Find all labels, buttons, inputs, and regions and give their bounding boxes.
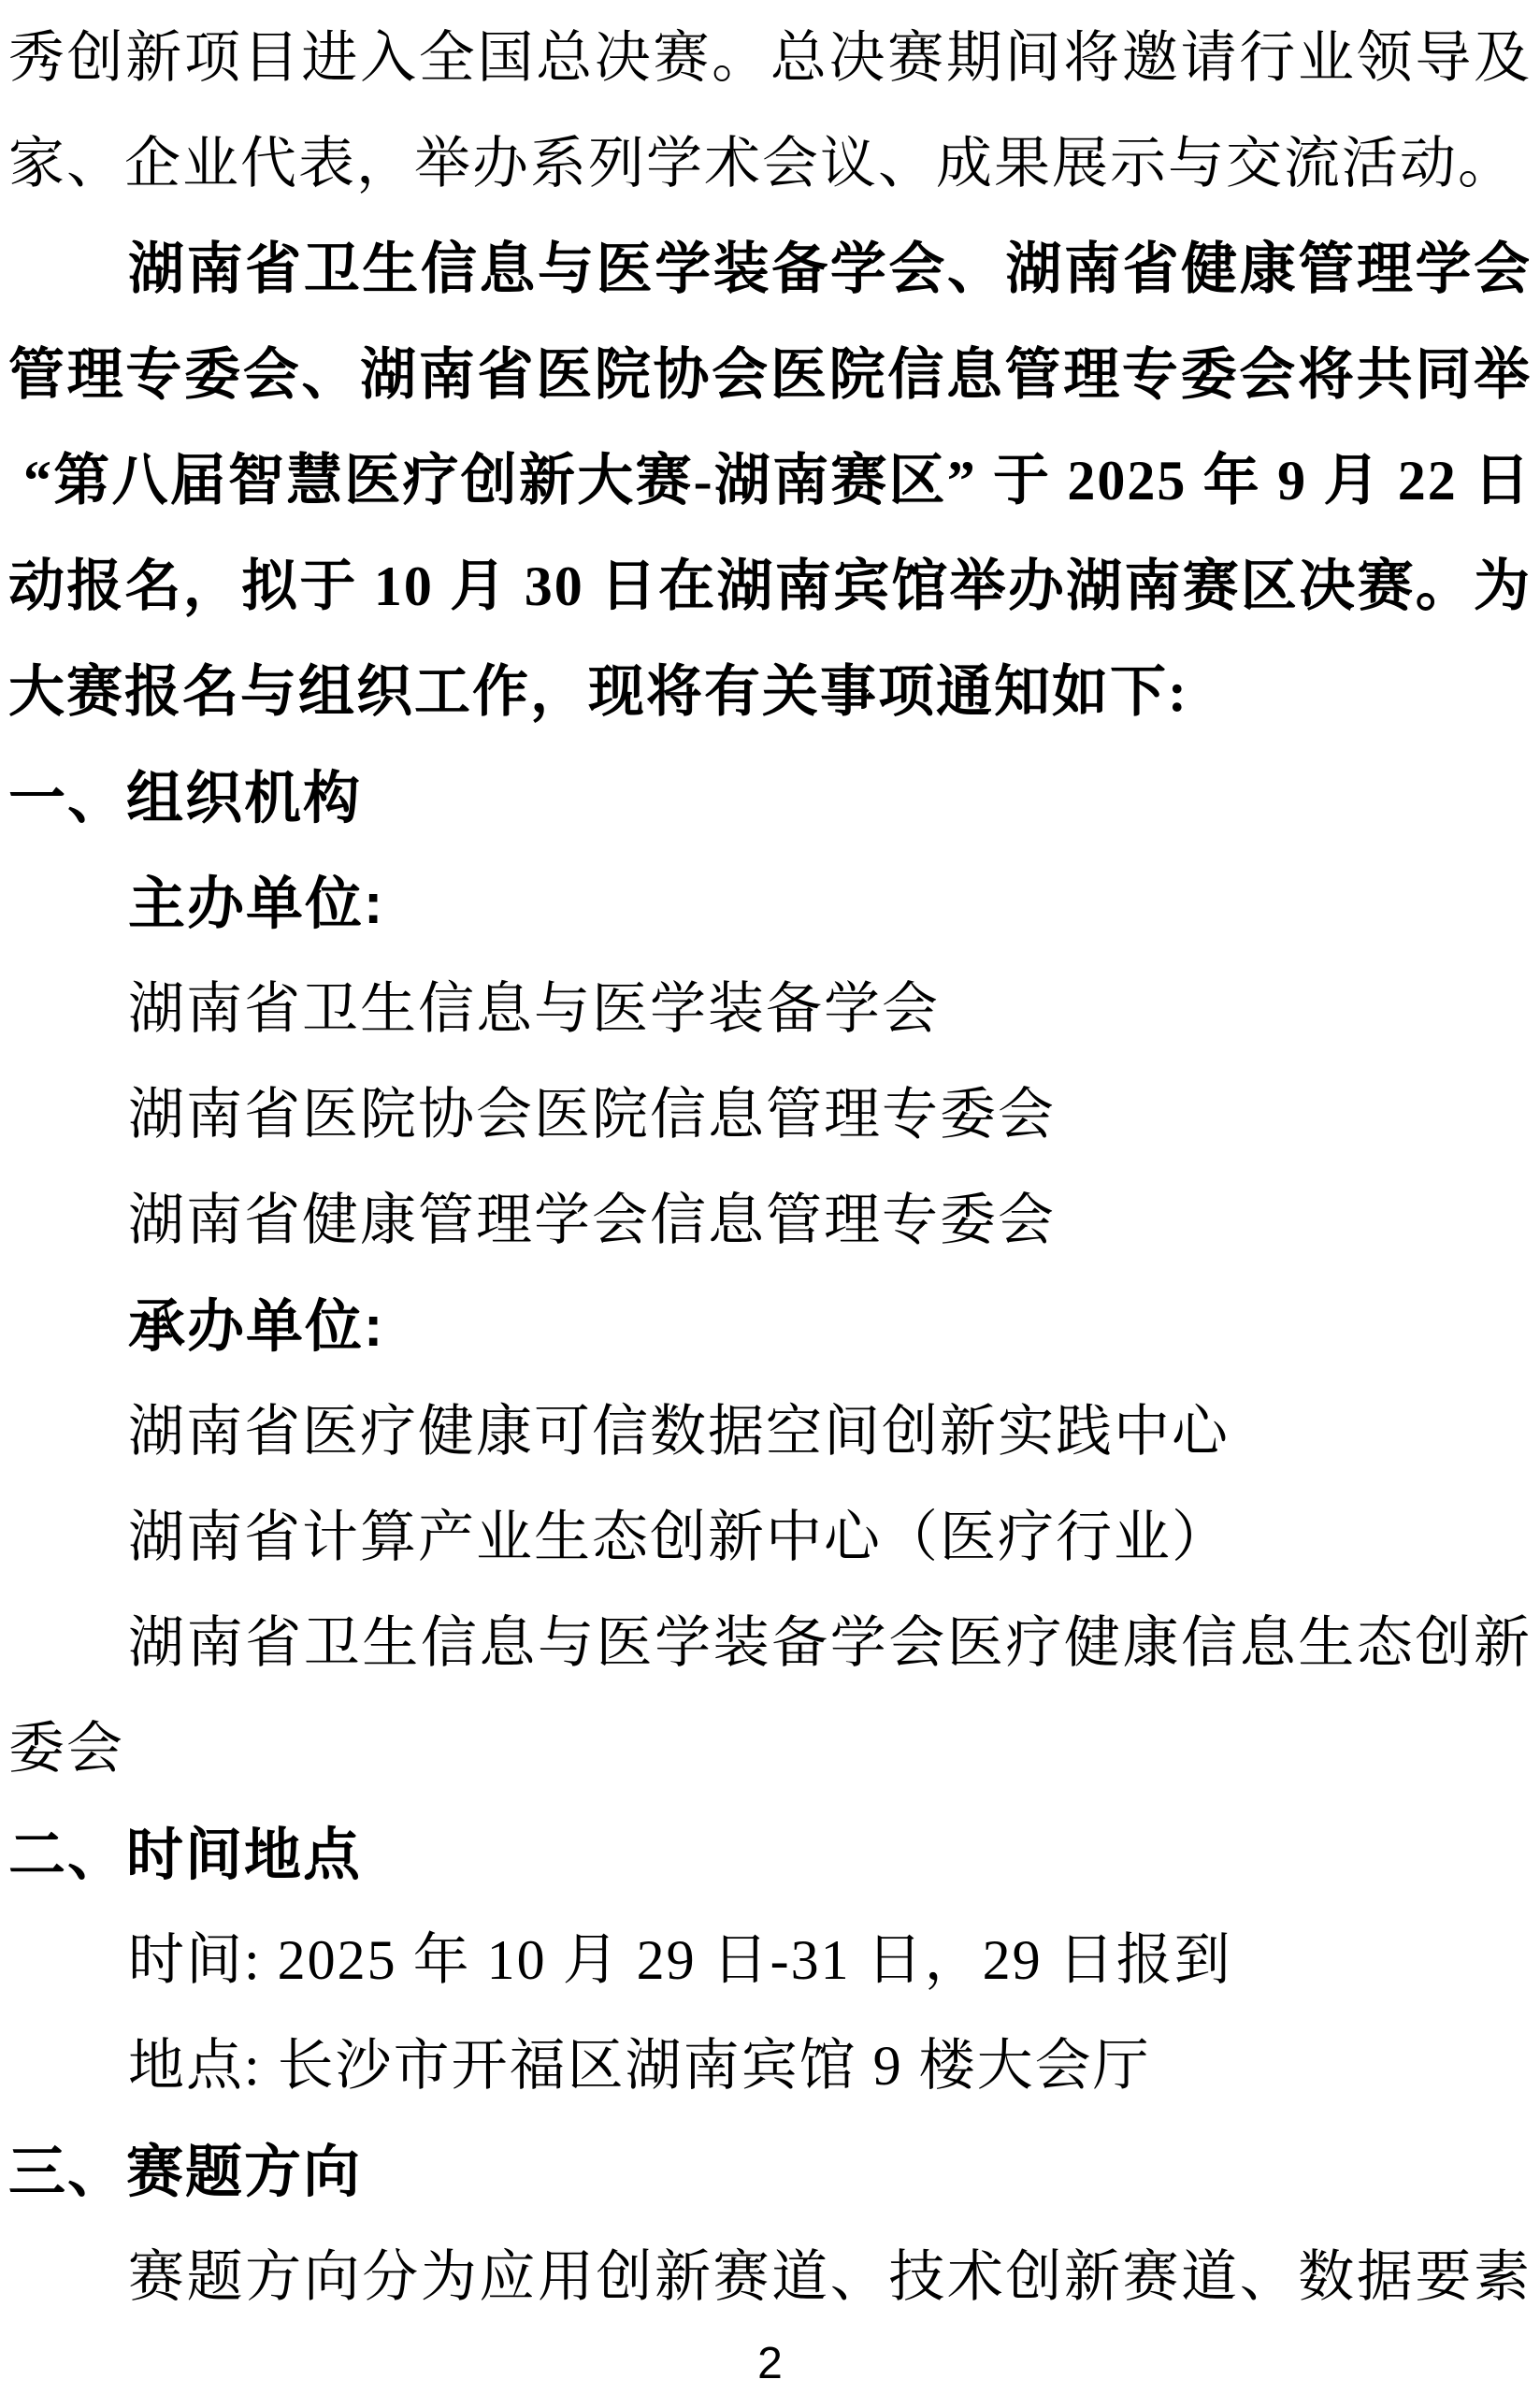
organizer-unit-item: 湖南省医疗健康可信数据空间创新实践中心 [8,1379,1532,1485]
host-unit-item: 湖南省健康管理学会信息管理专委会 [8,1168,1532,1274]
section-heading-topics: 三、赛题方向 [8,2119,1532,2225]
section-heading-organization: 一、组织机构 [8,745,1532,851]
announcement-paragraph-line: 管理专委会、湖南省医院协会医院信息管理专委会将共同举办 [8,323,1532,428]
announcement-paragraph-line: 动报名，拟于 10 月 30 日在湖南宾馆举办湖南赛区决赛。为做好 [8,534,1532,640]
document-body: 秀创新项目进入全国总决赛。总决赛期间将邀请行业领导及专 家、企业代表，举办系列学… [0,0,1540,2330]
host-unit-item: 湖南省卫生信息与医学装备学会 [8,957,1532,1062]
organizer-unit-item: 湖南省计算产业生态创新中心（医疗行业） [8,1485,1532,1591]
section-heading-time-place: 二、时间地点 [8,1802,1532,1908]
topics-paragraph-line: 赛题方向分为应用创新赛道、技术创新赛道、数据要素创新 [8,2225,1532,2330]
page-number: 2 [0,2338,1540,2390]
announcement-paragraph-line: 大赛报名与组织工作，现将有关事项通知如下: [8,640,1532,745]
host-unit-item: 湖南省医院协会医院信息管理专委会 [8,1062,1532,1168]
announcement-paragraph-line: “第八届智慧医疗创新大赛-湖南赛区” 于 2025 年 9 月 22 日启 [8,428,1532,534]
intro-paragraph-line: 秀创新项目进入全国总决赛。总决赛期间将邀请行业领导及专 [8,6,1532,111]
organizer-units-label: 承办单位: [8,1274,1532,1379]
organizer-unit-item-continuation: 委会 [8,1696,1532,1802]
announcement-paragraph-line: 湖南省卫生信息与医学装备学会、湖南省健康管理学会信息 [8,217,1532,323]
organizer-unit-item: 湖南省卫生信息与医学装备学会医疗健康信息生态创新专 [8,1591,1532,1696]
event-time-line: 时间: 2025 年 10 月 29 日-31 日，29 日报到 [8,1908,1532,2013]
document-page: 秀创新项目进入全国总决赛。总决赛期间将邀请行业领导及专 家、企业代表，举办系列学… [0,0,1540,2394]
intro-paragraph-line: 家、企业代表，举办系列学术会议、成果展示与交流活动。 [8,111,1532,217]
event-venue-line: 地点: 长沙市开福区湖南宾馆 9 楼大会厅 [8,2013,1532,2119]
host-units-label: 主办单位: [8,851,1532,957]
